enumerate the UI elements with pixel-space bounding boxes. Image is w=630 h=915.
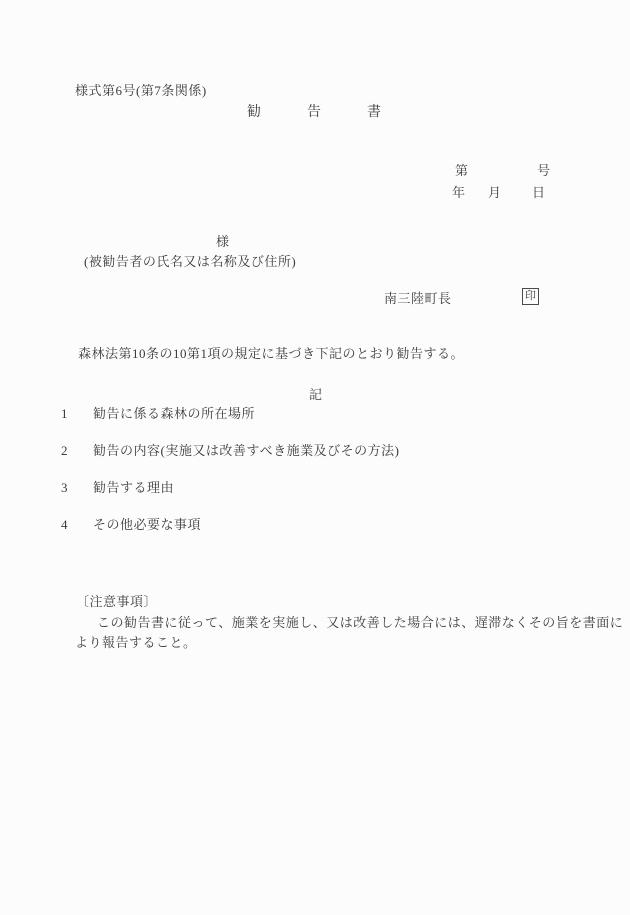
item-label: 勧告する理由 [93, 481, 174, 494]
item-number: 1 [61, 407, 73, 420]
title-char-3: 書 [367, 101, 381, 121]
notes-line: より報告すること。 [75, 636, 197, 649]
item-label: その他必要な事項 [93, 518, 201, 531]
seal-stamp-box: 印 [522, 288, 539, 305]
title-char-2: 告 [307, 101, 321, 121]
addressee-honorific: 様 [216, 235, 230, 248]
document-number-line: 第 号 [455, 160, 550, 179]
date-line: 年 月 日 [452, 182, 545, 201]
issuer-name: 南三陸町長 [384, 292, 452, 305]
addressee-note: (被勧告者の氏名又は名称及び住所) [84, 255, 296, 268]
title-char-1: 勧 [247, 101, 261, 121]
recommendation-item: 1 勧告に係る森林の所在場所 [61, 407, 255, 420]
doc-number-prefix: 第 [455, 160, 468, 179]
date-day-label: 日 [532, 182, 545, 201]
item-number: 3 [61, 481, 73, 494]
notes-heading: 〔注意事項〕 [76, 595, 157, 608]
recommendation-item: 4 その他必要な事項 [61, 518, 201, 531]
form-number-label: 様式第6号(第7条関係) [75, 84, 207, 97]
item-label: 勧告の内容(実施又は改善すべき施業及びその方法) [93, 444, 399, 457]
doc-number-suffix: 号 [537, 160, 550, 179]
date-month-label: 月 [488, 182, 501, 201]
document-title: 勧 告 書 [247, 101, 381, 121]
recommendation-item: 3 勧告する理由 [61, 481, 174, 494]
item-number: 4 [61, 518, 73, 531]
notes-line: この勧告書に従って、施業を実施し、又は改善した場合には、遅滞なくその旨を書面に [97, 616, 623, 629]
seal-stamp-label: 印 [525, 291, 536, 302]
document-page: 様式第6号(第7条関係) 勧 告 書 第 号 年 月 日 様 (被勧告者の氏名又… [0, 0, 630, 915]
date-year-label: 年 [452, 182, 465, 201]
main-sentence: 森林法第10条の10第1項の規定に基づき下記のとおり勧告する。 [78, 347, 464, 360]
recommendation-item: 2 勧告の内容(実施又は改善すべき施業及びその方法) [61, 444, 399, 457]
item-number: 2 [61, 444, 73, 457]
item-label: 勧告に係る森林の所在場所 [93, 407, 255, 420]
ki-marker: 記 [309, 388, 323, 401]
